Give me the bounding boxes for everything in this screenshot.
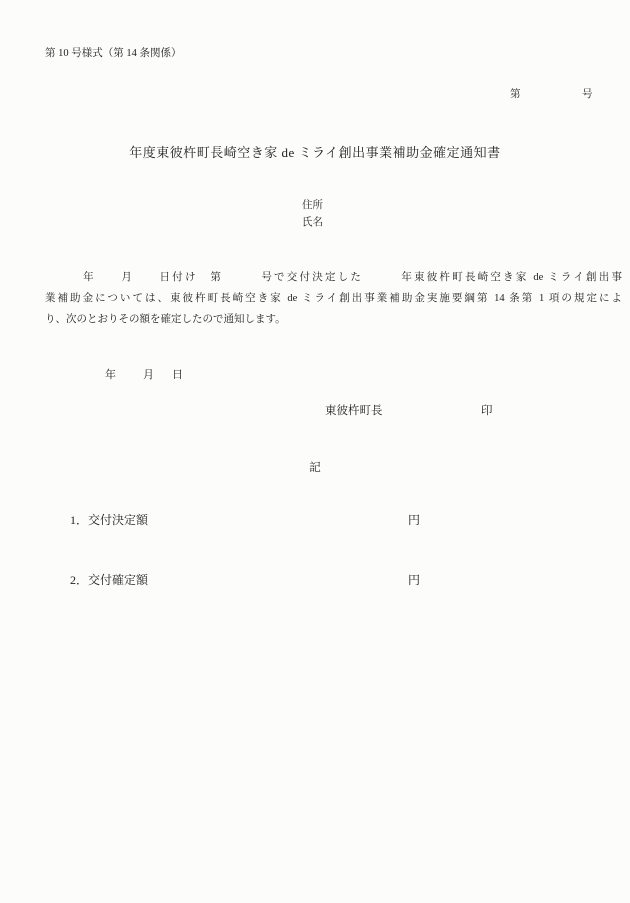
item-2-label: 2．交付確定額 xyxy=(70,573,148,587)
date-day-label: 日 xyxy=(172,369,183,382)
item-2-unit: 円 xyxy=(408,573,420,587)
form-style-number: 第 10 号様式（第 14 条関係） xyxy=(45,48,182,61)
date-month-label: 月 xyxy=(143,369,154,382)
seal-placeholder: 印 xyxy=(481,405,493,419)
body-line-1: 年 月 日付け 第 号で交付決定した 年東彼杵町長崎空き家 de ミライ創出事 xyxy=(45,267,622,288)
item-1-label: 1．交付決定額 xyxy=(70,513,148,527)
body-line-2: 業補助金については、東彼杵町長崎空き家 de ミライ創出事業補助金実施要綱第 1… xyxy=(45,288,622,309)
recipient-name-label: 氏名 xyxy=(302,217,323,230)
recipient-address-label: 住所 xyxy=(302,200,323,213)
mayor-title: 東彼杵町長 xyxy=(325,405,383,419)
date-year-label: 年 xyxy=(105,369,116,382)
body-line-3: り、次のとおりその額を確定したので通知します。 xyxy=(45,309,622,330)
doc-number-prefix: 第 xyxy=(510,89,521,102)
doc-number-suffix: 号 xyxy=(582,89,593,102)
subsidy-confirmation-notice-page: 第 10 号様式（第 14 条関係） 第 号 年度東彼杵町長崎空き家 de ミラ… xyxy=(0,0,630,903)
document-title: 年度東彼杵町長崎空き家 de ミライ創出事業補助金確定通知書 xyxy=(0,145,630,161)
item-1-unit: 円 xyxy=(408,513,420,527)
body-paragraph: 年 月 日付け 第 号で交付決定した 年東彼杵町長崎空き家 de ミライ創出事 … xyxy=(45,267,622,330)
record-marker: 記 xyxy=(0,462,630,476)
